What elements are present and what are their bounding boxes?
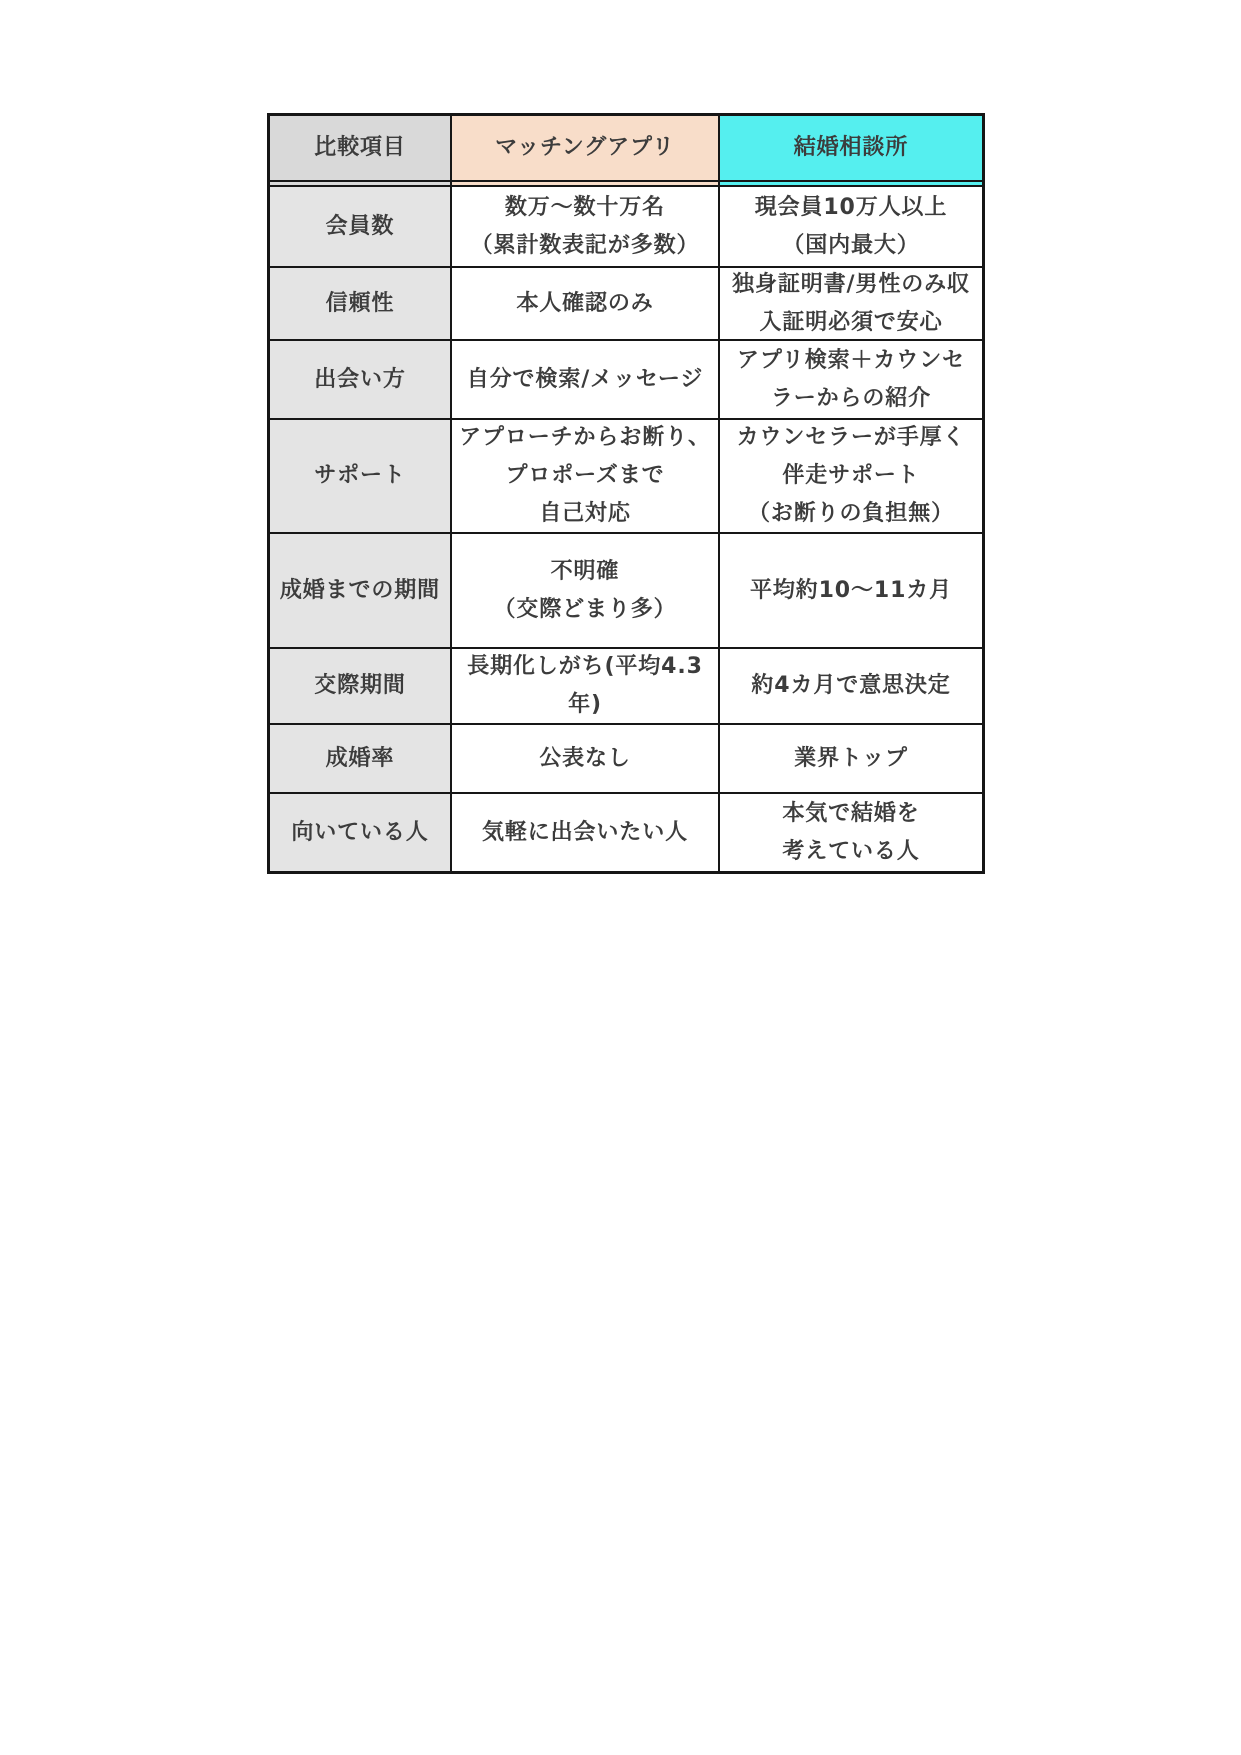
value-cell-marriage-agency: 約4カ月で意思決定 xyxy=(720,649,982,723)
comparison-table: 比較項目 マッチングアプリ 結婚相談所 会員数数万〜数十万名 （累計数表記が多数… xyxy=(267,113,985,874)
row-label-cell: 交際期間 xyxy=(270,649,450,723)
value-cell-matching-app: 数万〜数十万名 （累計数表記が多数） xyxy=(452,187,718,266)
value-cell-marriage-agency: カウンセラーが手厚く 伴走サポート （お断りの負担無） xyxy=(720,420,982,532)
row-label-cell: 会員数 xyxy=(270,187,450,266)
value-cell-marriage-agency: 業界トップ xyxy=(720,725,982,792)
value-cell-marriage-agency: 平均約10〜11カ月 xyxy=(720,534,982,647)
value-cell-matching-app: 公表なし xyxy=(452,725,718,792)
row-label-cell: 成婚までの期間 xyxy=(270,534,450,647)
value-cell-matching-app: 気軽に出会いたい人 xyxy=(452,794,718,871)
double-rule-spacer xyxy=(452,182,718,185)
row-label-cell: 向いている人 xyxy=(270,794,450,871)
value-cell-matching-app: 長期化しがち(平均4.3 年) xyxy=(452,649,718,723)
row-label-cell: サポート xyxy=(270,420,450,532)
value-cell-marriage-agency: 現会員10万人以上 （国内最大） xyxy=(720,187,982,266)
row-label-cell: 信頼性 xyxy=(270,268,450,339)
double-rule-spacer xyxy=(270,182,450,185)
value-cell-marriage-agency: 独身証明書/男性のみ収 入証明必須で安心 xyxy=(720,268,982,339)
row-label-cell: 出会い方 xyxy=(270,341,450,418)
value-cell-marriage-agency: アプリ検索＋カウンセ ラーからの紹介 xyxy=(720,341,982,418)
value-cell-matching-app: アプローチからお断り、 プロポーズまで 自己対応 xyxy=(452,420,718,532)
row-label-cell: 成婚率 xyxy=(270,725,450,792)
value-cell-matching-app: 自分で検索/メッセージ xyxy=(452,341,718,418)
value-cell-marriage-agency: 本気で結婚を 考えている人 xyxy=(720,794,982,871)
header-cell-matching-app: マッチングアプリ xyxy=(452,116,718,180)
value-cell-matching-app: 本人確認のみ xyxy=(452,268,718,339)
header-cell-marriage-agency: 結婚相談所 xyxy=(720,116,982,180)
double-rule-spacer xyxy=(720,182,982,185)
header-cell-criteria: 比較項目 xyxy=(270,116,450,180)
value-cell-matching-app: 不明確 （交際どまり多） xyxy=(452,534,718,647)
